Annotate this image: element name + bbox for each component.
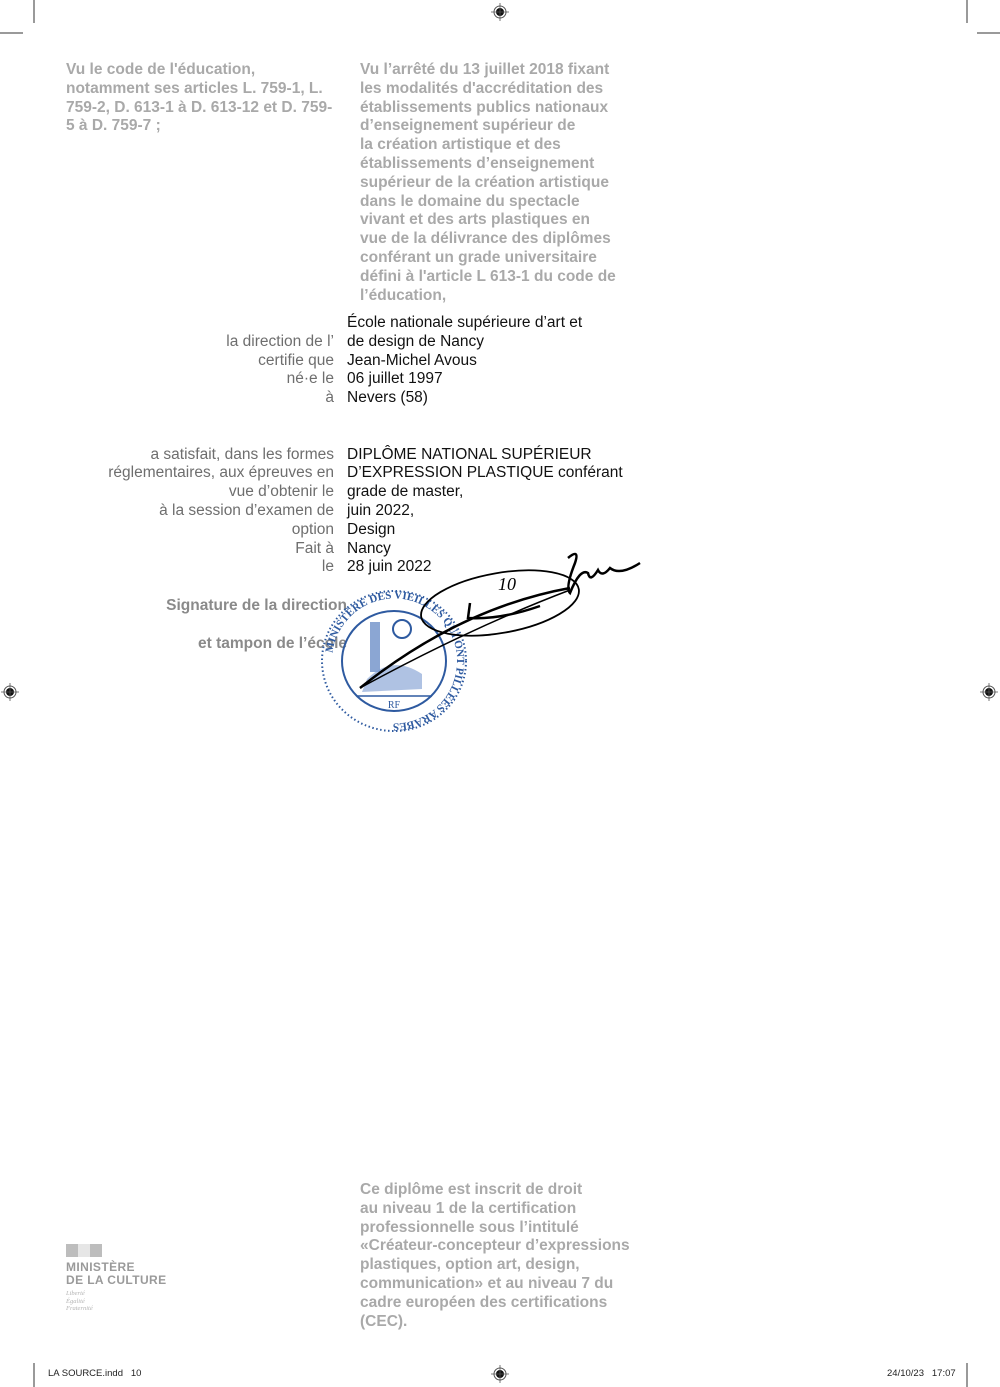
preamble-right-line: la création artistique et des	[360, 136, 650, 155]
preamble-right-line: supérieur de la création artistique	[360, 174, 650, 193]
field-value: 06 juillet 1997	[347, 370, 443, 389]
crop-mark-top-left-v	[33, 0, 35, 23]
field-label-line: le	[60, 558, 334, 577]
preamble-left-line: notamment ses articles L. 759-1, L.	[66, 80, 356, 99]
registration-mark-right-icon	[980, 683, 998, 701]
ministry-motto: Liberté Égalité Fraternité	[66, 1290, 167, 1313]
field-label-line: Fait à	[60, 540, 334, 559]
field-label: né·e le	[60, 370, 347, 389]
ministry-name-line-2: DE LA CULTURE	[66, 1274, 167, 1287]
preamble-right-line: l’éducation,	[360, 287, 650, 306]
motto-liberte: Liberté	[66, 1290, 167, 1298]
field-label-line: réglementaires, aux épreuves en	[60, 464, 334, 483]
marianne-flag-icon	[66, 1244, 102, 1257]
preamble-right-line: les modalités d'accréditation des	[360, 80, 650, 99]
certification-statement: Ce diplôme est inscrit de droitau niveau…	[360, 1181, 660, 1331]
svg-text:RF: RF	[388, 700, 401, 711]
field-label-line: certifie que	[60, 352, 334, 371]
certificate-row: né·e le06 juillet 1997	[60, 370, 700, 389]
field-value-line: juin 2022,	[347, 502, 414, 521]
field-label-line: né·e le	[60, 370, 334, 389]
crop-mark-bottom-left-v	[33, 1363, 35, 1387]
preamble-arrete: Vu l’arrêté du 13 juillet 2018 fixantles…	[360, 61, 650, 305]
handwritten-signature: 10	[340, 548, 650, 698]
field-value: École nationale supérieure d’art etde de…	[347, 314, 582, 352]
statement-line: au niveau 1 de la certification	[360, 1200, 660, 1219]
certificate-row: optionDesign	[60, 521, 700, 540]
field-value-line: D’EXPRESSION PLASTIQUE conférant	[347, 464, 623, 483]
field-label: à	[60, 389, 347, 408]
field-value-line: École nationale supérieure d’art et	[347, 314, 582, 333]
slug-datetime: 24/10/23 17:07	[887, 1368, 956, 1379]
field-label-line: vue d’obtenir le	[60, 483, 334, 502]
preamble-code-education: Vu le code de l'éducation,notamment ses …	[66, 61, 356, 136]
certificate-row: la direction de l’École nationale supéri…	[60, 314, 700, 352]
field-value-line: DIPLÔME NATIONAL SUPÉRIEUR	[347, 446, 623, 465]
preamble-left-line: 5 à D. 759-7 ;	[66, 117, 356, 136]
certificate-row: a satisfait, dans les formesréglementair…	[60, 408, 700, 502]
certificate-row: certifie queJean-Michel Avous	[60, 352, 700, 371]
field-label: a satisfait, dans les formesréglementair…	[60, 408, 347, 502]
statement-line: professionnelle sous l’intitulé	[360, 1219, 660, 1238]
crop-mark-top-left-h	[0, 32, 23, 34]
field-value-line: Jean-Michel Avous	[347, 352, 477, 371]
statement-line: (CEC).	[360, 1313, 660, 1332]
motto-fraternite: Fraternité	[66, 1305, 167, 1313]
crop-mark-bottom-right-v	[966, 1363, 968, 1387]
slug-filename: LA SOURCE.indd 10	[48, 1368, 141, 1379]
registration-mark-top-icon	[491, 3, 509, 21]
preamble-right-line: vue de la délivrance des diplômes	[360, 230, 650, 249]
stamp-label: et tampon de l’école	[57, 635, 347, 653]
field-label: Fait à	[60, 540, 347, 559]
preamble-right-line: dans le domaine du spectacle	[360, 193, 650, 212]
field-label: à la session d’examen de	[60, 502, 347, 521]
preamble-right-line: Vu l’arrêté du 13 juillet 2018 fixant	[360, 61, 650, 80]
preamble-right-line: établissements d’enseignement	[360, 155, 650, 174]
field-label: le	[60, 558, 347, 577]
field-label-line: à la session d’examen de	[60, 502, 334, 521]
preamble-left-line: Vu le code de l'éducation,	[66, 61, 356, 80]
certificate-row: àNevers (58)	[60, 389, 700, 408]
preamble-left-line: 759-2, D. 613-1 à D. 613-12 et D. 759-	[66, 99, 356, 118]
statement-line: cadre européen des certifications	[360, 1294, 660, 1313]
signature-label: Signature de la direction	[57, 597, 347, 615]
preamble-right-line: défini à l'article L 613-1 du code de	[360, 268, 650, 287]
field-label-line: option	[60, 521, 334, 540]
field-label: option	[60, 521, 347, 540]
field-label-line: la direction de l’	[60, 333, 334, 352]
registration-mark-left-icon	[1, 683, 19, 701]
statement-line: communication» et au niveau 7 du	[360, 1275, 660, 1294]
preamble-right-line: conférant un grade universitaire	[360, 249, 650, 268]
field-label: certifie que	[60, 352, 347, 371]
registration-mark-bottom-icon	[491, 1365, 509, 1383]
field-label: la direction de l’	[60, 314, 347, 352]
preamble-right-line: d’enseignement supérieur de	[360, 117, 650, 136]
certificate-body: la direction de l’École nationale supéri…	[60, 314, 700, 577]
field-value: Design	[347, 521, 395, 540]
svg-text:10: 10	[498, 574, 516, 594]
field-value: Jean-Michel Avous	[347, 352, 477, 371]
ministry-logo: MINISTÈRE DE LA CULTURE Liberté Égalité …	[66, 1244, 167, 1313]
field-value-line	[347, 427, 623, 446]
field-value: Nevers (58)	[347, 389, 428, 408]
field-value: DIPLÔME NATIONAL SUPÉRIEURD’EXPRESSION P…	[347, 408, 623, 502]
field-value-line: Design	[347, 521, 395, 540]
field-value: juin 2022,	[347, 502, 414, 521]
field-value-line	[347, 408, 623, 427]
statement-line: Ce diplôme est inscrit de droit	[360, 1181, 660, 1200]
field-value-line: grade de master,	[347, 483, 623, 502]
field-value-line: Nevers (58)	[347, 389, 428, 408]
crop-mark-top-right-v	[966, 0, 968, 23]
preamble-right-line: vivant et des arts plastiques en	[360, 211, 650, 230]
statement-line: «Créateur-concepteur d’expressions	[360, 1237, 660, 1256]
motto-egalite: Égalité	[66, 1298, 167, 1306]
field-label-line: à	[60, 389, 334, 408]
crop-mark-top-right-h	[977, 32, 1000, 34]
field-value-line: de design de Nancy	[347, 333, 582, 352]
certificate-row: à la session d’examen dejuin 2022,	[60, 502, 700, 521]
statement-line: plastiques, option art, design,	[360, 1256, 660, 1275]
field-value-line: 06 juillet 1997	[347, 370, 443, 389]
field-label-line: a satisfait, dans les formes	[60, 446, 334, 465]
preamble-right-line: établissements publics nationaux	[360, 99, 650, 118]
